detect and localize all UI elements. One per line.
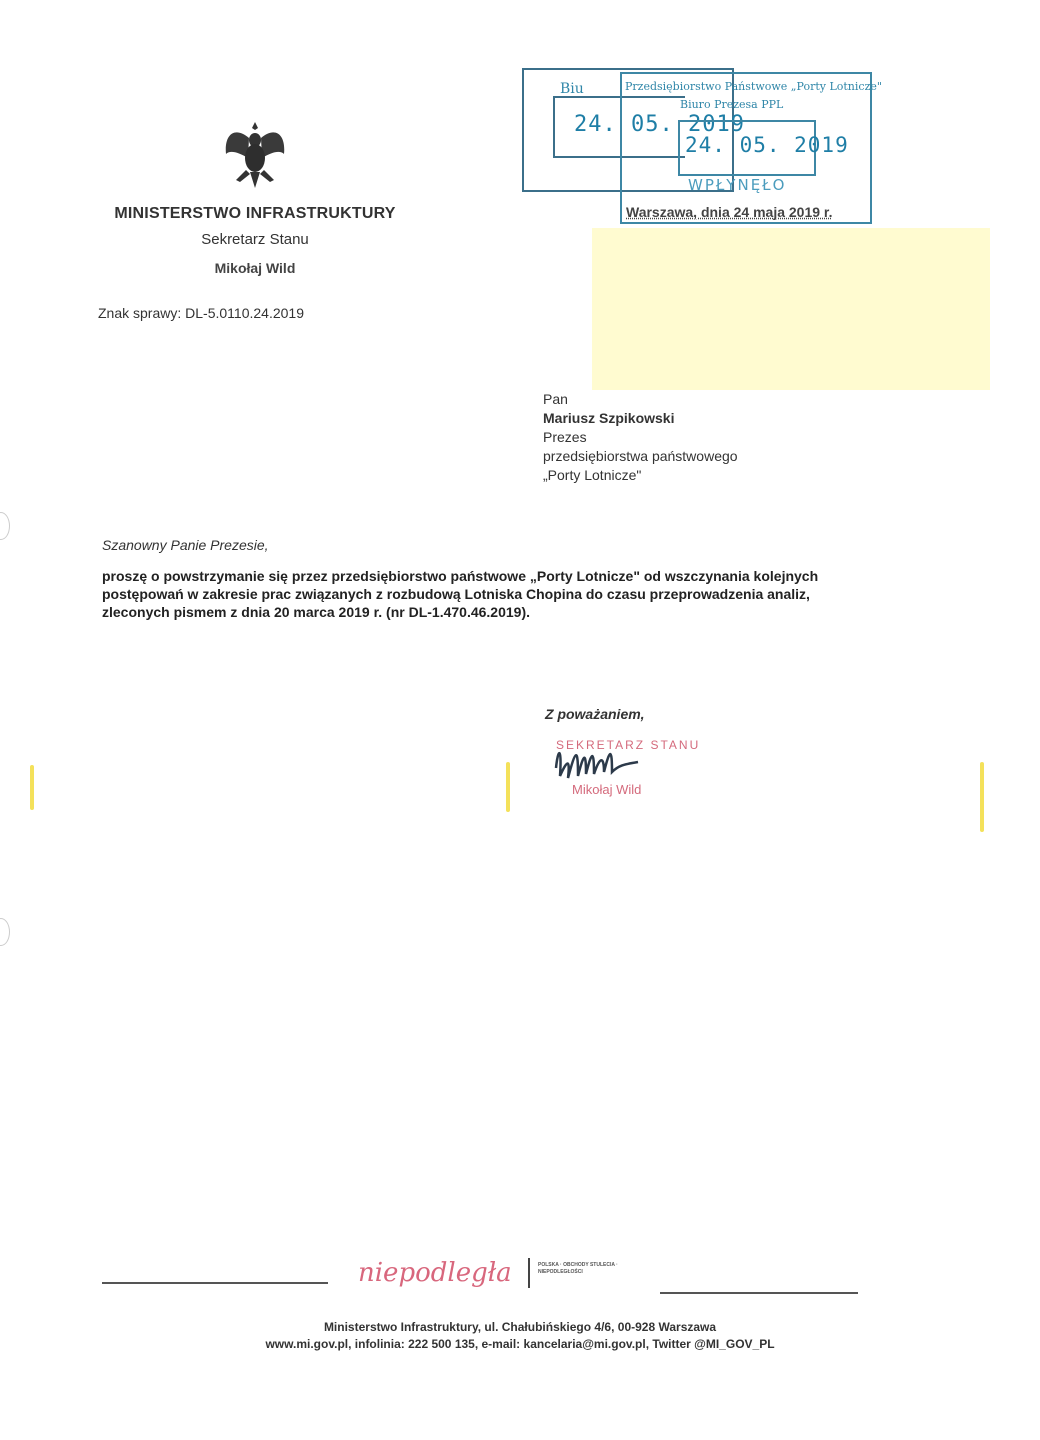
signature-stamp-name: Mikołaj Wild [572,782,641,797]
recipient-org-line1: przedsiębiorstwa państwowego [543,447,738,466]
stamp2-status: WPŁYNĘŁO [688,176,786,194]
footer-logo-subtitle: POLSKA · OBCHODY STULECIA · NIEPODLEGŁOŚ… [538,1262,628,1276]
punch-hole [0,512,10,540]
stamp2-org: Przedsiębiorstwo Państwowe „Porty Lotnic… [625,80,882,93]
redacted-area [592,228,990,390]
letter-salutation: Szanowny Panie Prezesie, [102,537,269,553]
recipient-prefix: Pan [543,390,738,409]
case-reference: Znak sprawy: DL-5.0110.24.2019 [98,305,304,321]
footer-divider-right [660,1292,858,1294]
footer-logo: niepodległa [358,1258,512,1288]
case-reference-value: DL-5.0110.24.2019 [185,305,304,321]
recipient-org-line2: „Porty Lotnicze" [543,466,738,485]
highlighter-mark [980,762,984,832]
ministry-name: MINISTERSTWO INFRASTRUKTURY [90,205,420,223]
stamp1-top-text: Biu [560,80,584,97]
stamp2-office: Biuro Prezesa PPL [680,98,783,111]
case-reference-label: Znak sprawy: [98,305,181,321]
sender-name: Mikołaj Wild [90,260,420,276]
footer-contact: www.mi.gov.pl, infolinia: 222 500 135, e… [0,1337,1040,1351]
footer-address: Ministerstwo Infrastruktury, ul. Chałubi… [0,1320,1040,1334]
letterhead: MINISTERSTWO INFRASTRUKTURY Sekretarz St… [90,120,420,276]
stamp2-date: 24. 05. 2019 [685,133,849,157]
highlighter-mark [506,762,510,812]
letter-closing: Z poważaniem, [545,706,645,722]
handwritten-signature-icon [548,738,648,788]
footer-logo-separator [528,1258,530,1288]
recipient-block: Pan Mariusz Szpikowski Prezes przedsiębi… [543,390,738,485]
letter-body: proszę o powstrzymanie się przez przedsi… [102,567,862,621]
sender-role: Sekretarz Stanu [90,231,420,248]
highlighter-mark [30,765,34,810]
place-and-date: Warszawa, dnia 24 maja 2019 r. [626,204,833,220]
polish-eagle-emblem-icon [220,120,290,192]
recipient-title: Prezes [543,428,738,447]
punch-hole [0,918,10,946]
recipient-name: Mariusz Szpikowski [543,409,738,428]
footer-divider-left [102,1282,328,1284]
